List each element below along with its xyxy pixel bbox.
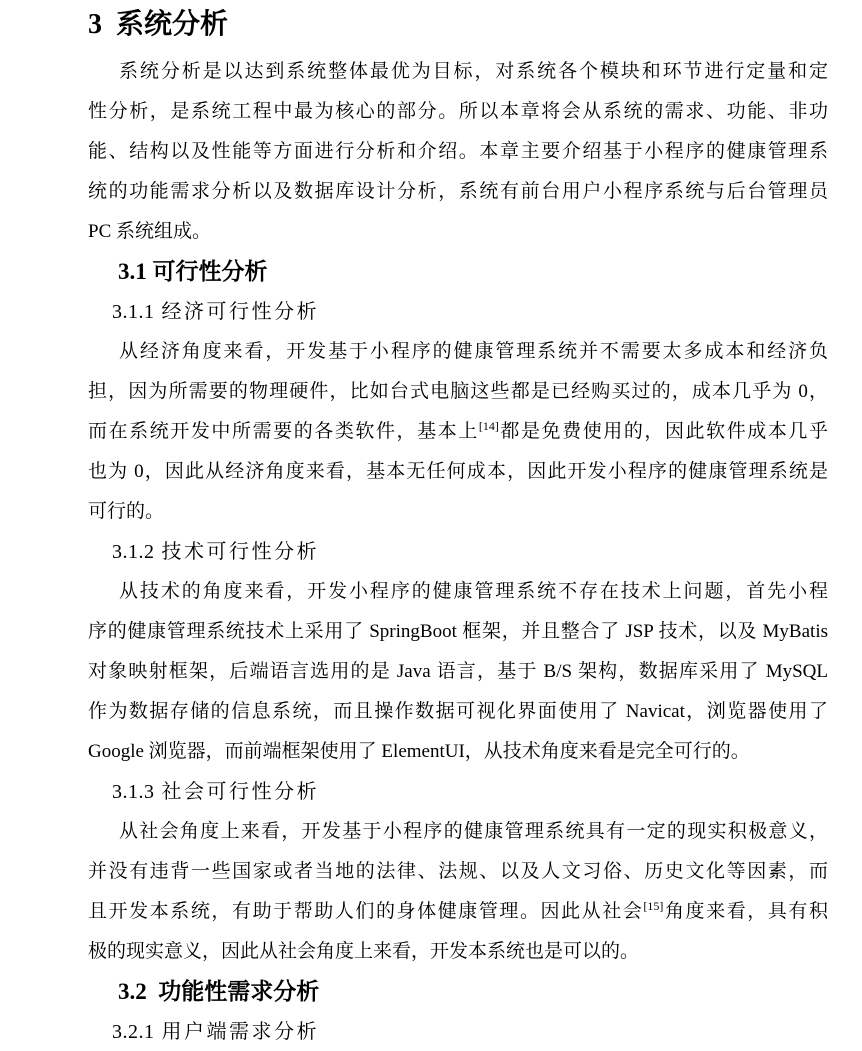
text-segment: 都是免费使用的，因此软件成本几乎: [499, 421, 828, 442]
text-line: 从社会角度上来看，开发基于小程序的健康管理系统具有一定的现实积极意义，: [88, 812, 828, 852]
subsection-label: 经济可行性分析: [162, 301, 320, 323]
text-line: 担，因为所需要的物理硬件，比如台式电脑这些都是已经购买过的，成本几乎为 0，: [88, 372, 828, 412]
text-line: 极的现实意义，因此从社会角度上来看，开发本系统也是可以的。: [88, 932, 828, 972]
subsection-number: 3.1.2: [112, 541, 155, 563]
section-heading-functional: 3.2 功能性需求分析: [88, 972, 828, 1012]
text-segment: 而在系统开发中所需要的各类软件，基本上: [88, 421, 479, 442]
citation-ref-14: [14]: [479, 419, 499, 433]
text-line: PC 系统组成。: [88, 212, 828, 252]
subsection-label: 社会可行性分析: [162, 781, 320, 803]
text-line: 统的功能需求分析以及数据库设计分析，系统有前台用户小程序系统与后台管理员: [88, 172, 828, 212]
text-line: 对象映射框架，后端语言选用的是 Java 语言，基于 B/S 架构，数据库采用了…: [88, 652, 828, 692]
text-line: 系统分析是以达到系统整体最优为目标，对系统各个模块和环节进行定量和定: [88, 52, 828, 92]
text-line: 可行的。: [88, 492, 828, 532]
document-page: 3 系统分析 系统分析是以达到系统整体最优为目标，对系统各个模块和环节进行定量和…: [0, 0, 862, 1051]
paragraph-social: 从社会角度上来看，开发基于小程序的健康管理系统具有一定的现实积极意义， 并没有违…: [88, 812, 828, 972]
paragraph-economic: 从经济角度来看，开发基于小程序的健康管理系统并不需要太多成本和经济负 担，因为所…: [88, 332, 828, 532]
citation-ref-15: [15]: [643, 899, 663, 913]
subsection-label: 用户端需求分析: [162, 1021, 320, 1043]
text-line: 能、结构以及性能等方面进行分析和介绍。本章主要介绍基于小程序的健康管理系: [88, 132, 828, 172]
text-segment: 角度来看，具有积: [663, 901, 828, 922]
text-segment: 且开发本系统，有助于帮助人们的身体健康管理。因此从社会: [88, 901, 643, 922]
text-line: 并没有违背一些国家或者当地的法律、法规、以及人文习俗、历史文化等因素，而: [88, 852, 828, 892]
subsection-number: 3.1.3: [112, 781, 155, 803]
text-line: 也为 0，因此从经济角度来看，基本无任何成本，因此开发小程序的健康管理系统是: [88, 452, 828, 492]
paragraph-intro: 系统分析是以达到系统整体最优为目标，对系统各个模块和环节进行定量和定 性分析，是…: [88, 52, 828, 252]
subsection-number: 3.2.1: [112, 1021, 155, 1043]
subsection-label: 技术可行性分析: [162, 541, 320, 563]
text-line: 且开发本系统，有助于帮助人们的身体健康管理。因此从社会[15]角度来看，具有积: [88, 892, 828, 932]
subsection-heading-social: 3.1.3社会可行性分析: [88, 772, 828, 812]
text-line: 而在系统开发中所需要的各类软件，基本上[14]都是免费使用的，因此软件成本几乎: [88, 412, 828, 452]
subsection-heading-technical: 3.1.2技术可行性分析: [88, 532, 828, 572]
text-line: 序的健康管理系统技术上采用了 SpringBoot 框架，并且整合了 JSP 技…: [88, 612, 828, 652]
subsection-number: 3.1.1: [112, 301, 155, 323]
subsection-heading-economic: 3.1.1经济可行性分析: [88, 292, 828, 332]
subsection-heading-user: 3.2.1用户端需求分析: [88, 1012, 828, 1051]
text-line: 从经济角度来看，开发基于小程序的健康管理系统并不需要太多成本和经济负: [88, 332, 828, 372]
chapter-heading: 3 系统分析: [88, 6, 828, 44]
paragraph-technical: 从技术的角度来看，开发小程序的健康管理系统不存在技术上问题，首先小程 序的健康管…: [88, 572, 828, 772]
text-line: 作为数据存储的信息系统，而且操作数据可视化界面使用了 Navicat，浏览器使用…: [88, 692, 828, 732]
text-line: 性分析，是系统工程中最为核心的部分。所以本章将会从系统的需求、功能、非功: [88, 92, 828, 132]
section-heading-feasibility: 3.1 可行性分析: [88, 252, 828, 292]
text-line: Google 浏览器，而前端框架使用了 ElementUI，从技术角度来看是完全…: [88, 732, 828, 772]
text-line: 从技术的角度来看，开发小程序的健康管理系统不存在技术上问题，首先小程: [88, 572, 828, 612]
